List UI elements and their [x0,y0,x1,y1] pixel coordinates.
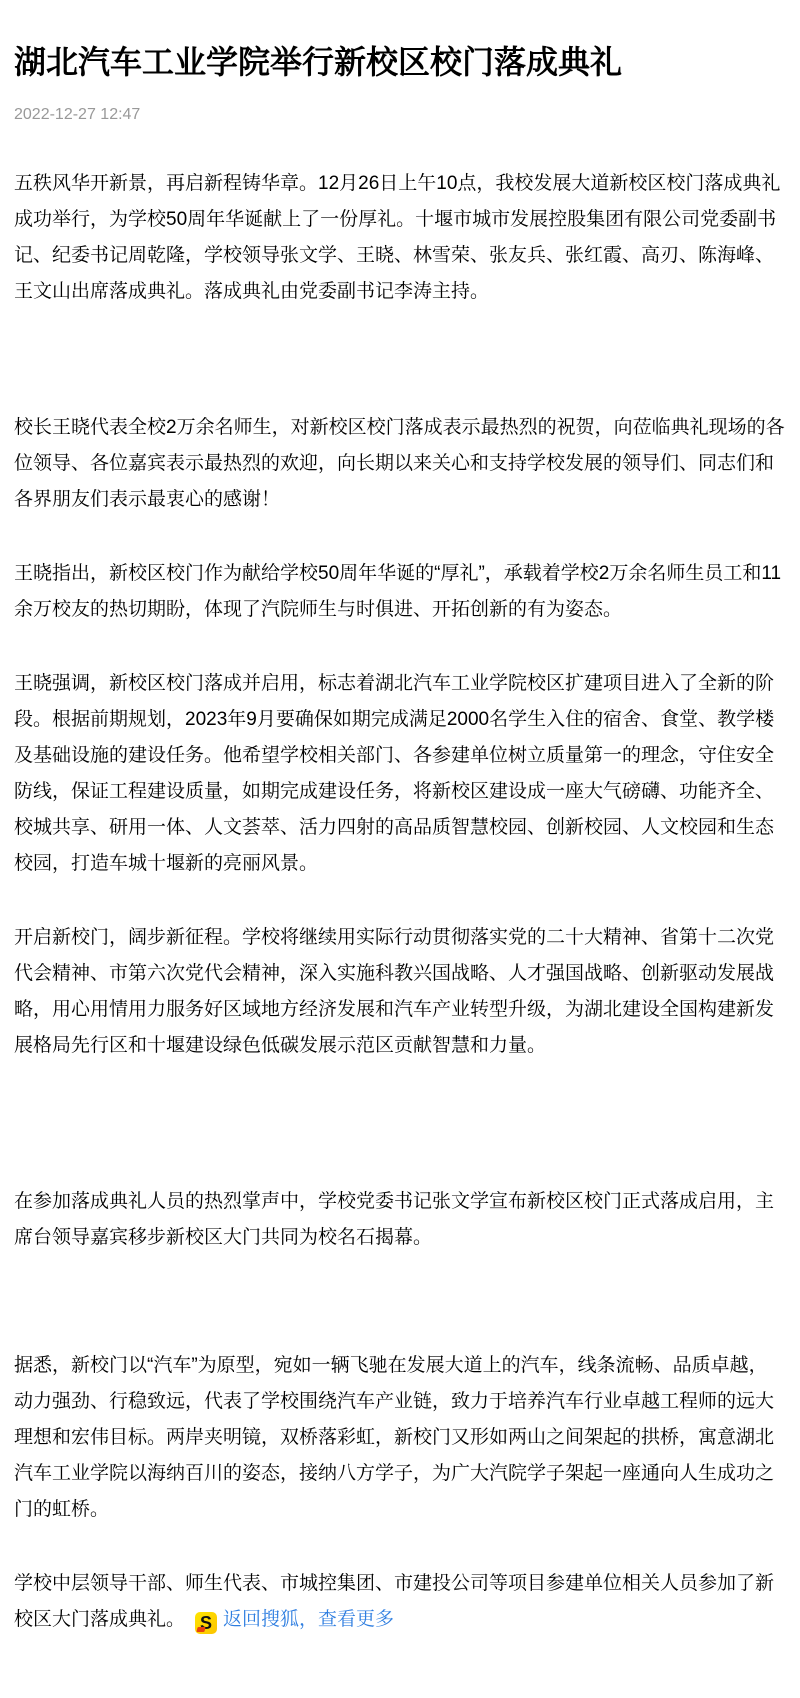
article-paragraph: 王晓强调，新校区校门落成并启用，标志着湖北汽车工业学院校区扩建项目进入了全新的阶… [14,666,786,882]
article-body: 五秩风华开新景，再启新程铸华章。12月26日上午10点，我校发展大道新校区校门落… [14,166,786,1638]
article-paragraph: 据悉，新校门以“汽车”为原型，宛如一辆飞驰在发展大道上的汽车，线条流畅、品质卓越… [14,1348,786,1528]
sohu-logo-icon[interactable]: S [195,1612,217,1634]
article-container: 湖北汽车工业学院举行新校区校门落成典礼 2022-12-27 12:47 五秩风… [0,42,800,1698]
article-paragraph: 校长王晓代表全校2万余名师生，对新校区校门落成表示最热烈的祝贺，向莅临典礼现场的… [14,410,786,518]
publish-date: 2022-12-27 12:47 [14,106,786,124]
article-paragraph: 王晓指出，新校区校门作为献给学校50周年华诞的“厚礼”，承载着学校2万余名师生员… [14,556,786,628]
article-paragraph: 在参加落成典礼人员的热烈掌声中，学校党委书记张文学宣布新校区校门正式落成启用，主… [14,1184,786,1256]
article-paragraph-with-footer: 学校中层领导干部、师生代表、市城控集团、市建投公司等项目参建单位相关人员参加了新… [14,1566,786,1638]
article-paragraph: 开启新校门，阔步新征程。学校将继续用实际行动贯彻落实党的二十大精神、省第十二次党… [14,920,786,1064]
back-to-sohu-link[interactable]: 返回搜狐，查看更多 [223,1609,394,1630]
article-paragraph: 五秩风华开新景，再启新程铸华章。12月26日上午10点，我校发展大道新校区校门落… [14,166,786,310]
article-title: 湖北汽车工业学院举行新校区校门落成典礼 [14,42,786,82]
